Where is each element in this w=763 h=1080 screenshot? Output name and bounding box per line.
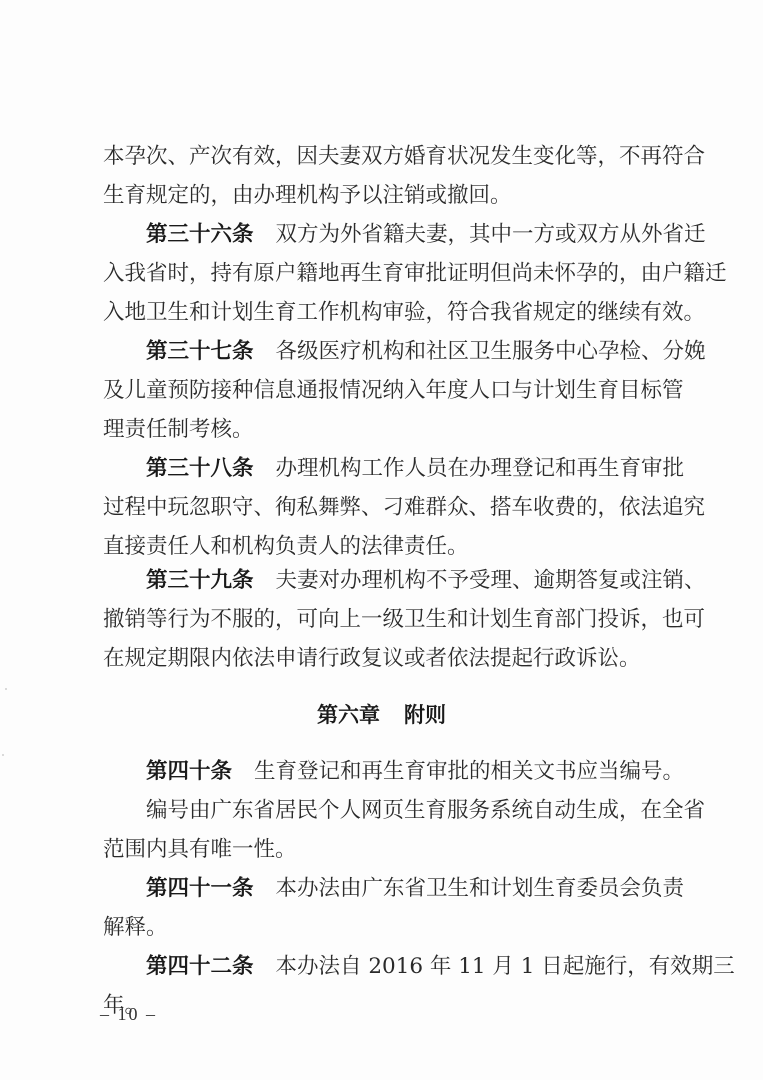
paragraph-line: 本孕次、产次有效，因夫妻双方婚育状况发生变化等，不再符合	[103, 142, 659, 172]
paragraph-line: 在规定期限内依法申请行政复议或者依法提起行政诉讼。	[103, 644, 659, 674]
article-number: 第四十二条	[146, 954, 254, 979]
paragraph-line: 生育规定的，由办理机构予以注销或撤回。	[103, 181, 659, 211]
article-37-first-line: 第三十七条各级医疗机构和社区卫生服务中心孕检、分娩	[146, 337, 659, 367]
paragraph-line: 入地卫生和计划生育工作机构审验，符合我省规定的继续有效。	[103, 298, 659, 328]
article-38-first-line: 第三十八条办理机构工作人员在办理登记和再生育审批	[146, 454, 659, 484]
article-text: 夫妻对办理机构不予受理、逾期答复或注销、	[276, 568, 706, 593]
article-text: 本办法自 2016 年 11 月 1 日起施行，有效期三	[276, 954, 735, 979]
paragraph-line: 过程中玩忽职守、徇私舞弊、刁难群众、搭车收费的，依法追究	[103, 493, 659, 523]
article-number: 第三十八条	[146, 456, 254, 481]
article-text: 本办法由广东省卫生和计划生育委员会负责	[276, 876, 685, 901]
article-text: 各级医疗机构和社区卫生服务中心孕检、分娩	[276, 339, 706, 364]
article-text: 办理机构工作人员在办理登记和再生育审批	[276, 456, 685, 481]
chapter-title: 附则	[404, 703, 446, 727]
article-39-first-line: 第三十九条夫妻对办理机构不予受理、逾期答复或注销、	[146, 566, 659, 596]
article-number: 第三十六条	[146, 222, 254, 247]
paragraph-line: 入我省时，持有原户籍地再生育审批证明但尚未怀孕的，由户籍迁	[103, 259, 659, 289]
article-number: 第三十七条	[146, 339, 254, 364]
paragraph-line: 直接责任人和机构负责人的法律责任。	[103, 532, 659, 562]
paragraph-line: 年。	[103, 991, 659, 1021]
article-text: 双方为外省籍夫妻，其中一方或双方从外省迁	[276, 222, 706, 247]
scan-speck	[5, 688, 7, 690]
chapter-heading: 第六章附则	[0, 700, 763, 730]
paragraph-line: 范围内具有唯一性。	[103, 835, 659, 865]
paragraph-line: 撤销等行为不服的，可向上一级卫生和计划生育部门投诉，也可	[103, 605, 659, 635]
paragraph-line: 及儿童预防接种信息通报情况纳入年度人口与计划生育目标管	[103, 376, 659, 406]
article-40-first-line: 第四十条生育登记和再生育审批的相关文书应当编号。	[146, 757, 659, 787]
article-number: 第四十一条	[146, 876, 254, 901]
document-page: 本孕次、产次有效，因夫妻双方婚育状况发生变化等，不再符合 生育规定的，由办理机构…	[0, 0, 763, 1080]
article-42-first-line: 第四十二条本办法自 2016 年 11 月 1 日起施行，有效期三	[146, 952, 659, 982]
article-36-first-line: 第三十六条双方为外省籍夫妻，其中一方或双方从外省迁	[146, 220, 659, 250]
paragraph-line: 编号由广东省居民个人网页生育服务系统自动生成，在全省	[146, 796, 659, 826]
article-41-first-line: 第四十一条本办法由广东省卫生和计划生育委员会负责	[146, 874, 659, 904]
article-number: 第四十条	[146, 759, 232, 784]
chapter-number: 第六章	[317, 703, 380, 727]
scan-speck	[2, 754, 4, 756]
article-number: 第三十九条	[146, 568, 254, 593]
article-text: 生育登记和再生育审批的相关文书应当编号。	[254, 759, 684, 784]
page-number: – 10 –	[100, 1004, 157, 1025]
paragraph-line: 理责任制考核。	[103, 415, 659, 445]
paragraph-line: 解释。	[103, 913, 659, 943]
